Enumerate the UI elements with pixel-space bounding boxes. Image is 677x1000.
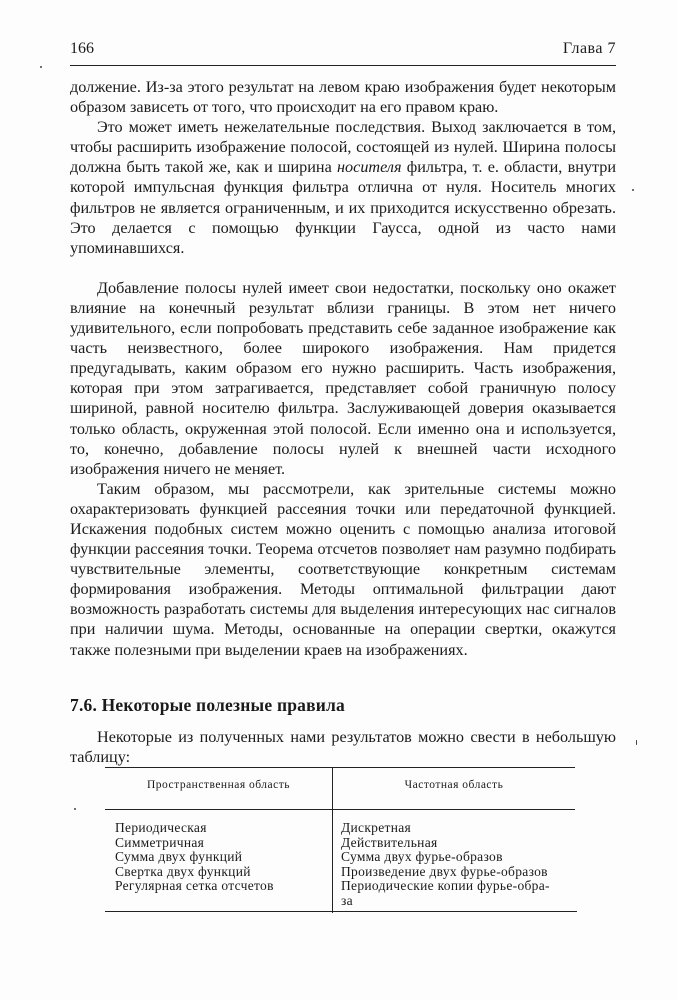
page-header: 166 Глава 7 bbox=[70, 40, 616, 62]
table-cell: Дискретная bbox=[341, 821, 550, 836]
italic-term: носителя bbox=[337, 158, 401, 176]
table-cell: Периодические копии фурье-обра- bbox=[341, 879, 550, 894]
body-text: должение. Из-за этого результат на левом… bbox=[70, 77, 616, 660]
paragraph-summary: Таким образом, мы рассмотрели, как зрите… bbox=[70, 479, 616, 660]
paragraph-continuation: должение. Из-за этого результат на левом… bbox=[70, 77, 616, 117]
table-cell: Периодическая bbox=[115, 821, 274, 836]
table-header-rule bbox=[105, 809, 575, 810]
table-header-frequency: Частотная область bbox=[333, 779, 575, 791]
page-number: 166 bbox=[70, 40, 94, 58]
table-bottom-rule bbox=[105, 911, 577, 912]
table-top-rule bbox=[105, 767, 575, 768]
table-cell: за bbox=[341, 894, 550, 909]
table-column-divider bbox=[332, 767, 333, 913]
table-cell: Свертка двух функций bbox=[115, 865, 274, 880]
scan-speck bbox=[636, 740, 637, 745]
section-intro: Некоторые из полученных нами результатов… bbox=[70, 727, 616, 767]
table-cell: Сумма двух фурье-образов bbox=[341, 850, 550, 865]
paragraph-drawbacks: Добавление полосы нулей имеет свои недос… bbox=[70, 278, 616, 479]
table-cell: Симметричная bbox=[115, 836, 274, 851]
section-heading: 7.6. Некоторые полезные правила bbox=[70, 695, 345, 716]
scan-speck bbox=[40, 66, 42, 68]
table-column-spatial: Периодическая Симметричная Сумма двух фу… bbox=[115, 821, 274, 894]
table-cell: Сумма двух функций bbox=[115, 850, 274, 865]
scan-speck bbox=[632, 189, 634, 191]
scan-speck bbox=[74, 808, 76, 810]
running-head: Глава 7 bbox=[563, 40, 616, 58]
table-header-spatial: Пространственная область bbox=[105, 779, 332, 791]
table-cell: Произведение двух фурье-образов bbox=[341, 865, 550, 880]
properties-table: Пространственная область Частотная облас… bbox=[105, 767, 575, 914]
table-cell: Действительная bbox=[341, 836, 550, 851]
paragraph-padding-zeros: Это может иметь нежелательные последстви… bbox=[70, 117, 616, 258]
table-cell: Регулярная сетка отсчетов bbox=[115, 879, 274, 894]
header-rule bbox=[70, 65, 616, 66]
table-column-frequency: Дискретная Действительная Сумма двух фур… bbox=[341, 821, 550, 908]
